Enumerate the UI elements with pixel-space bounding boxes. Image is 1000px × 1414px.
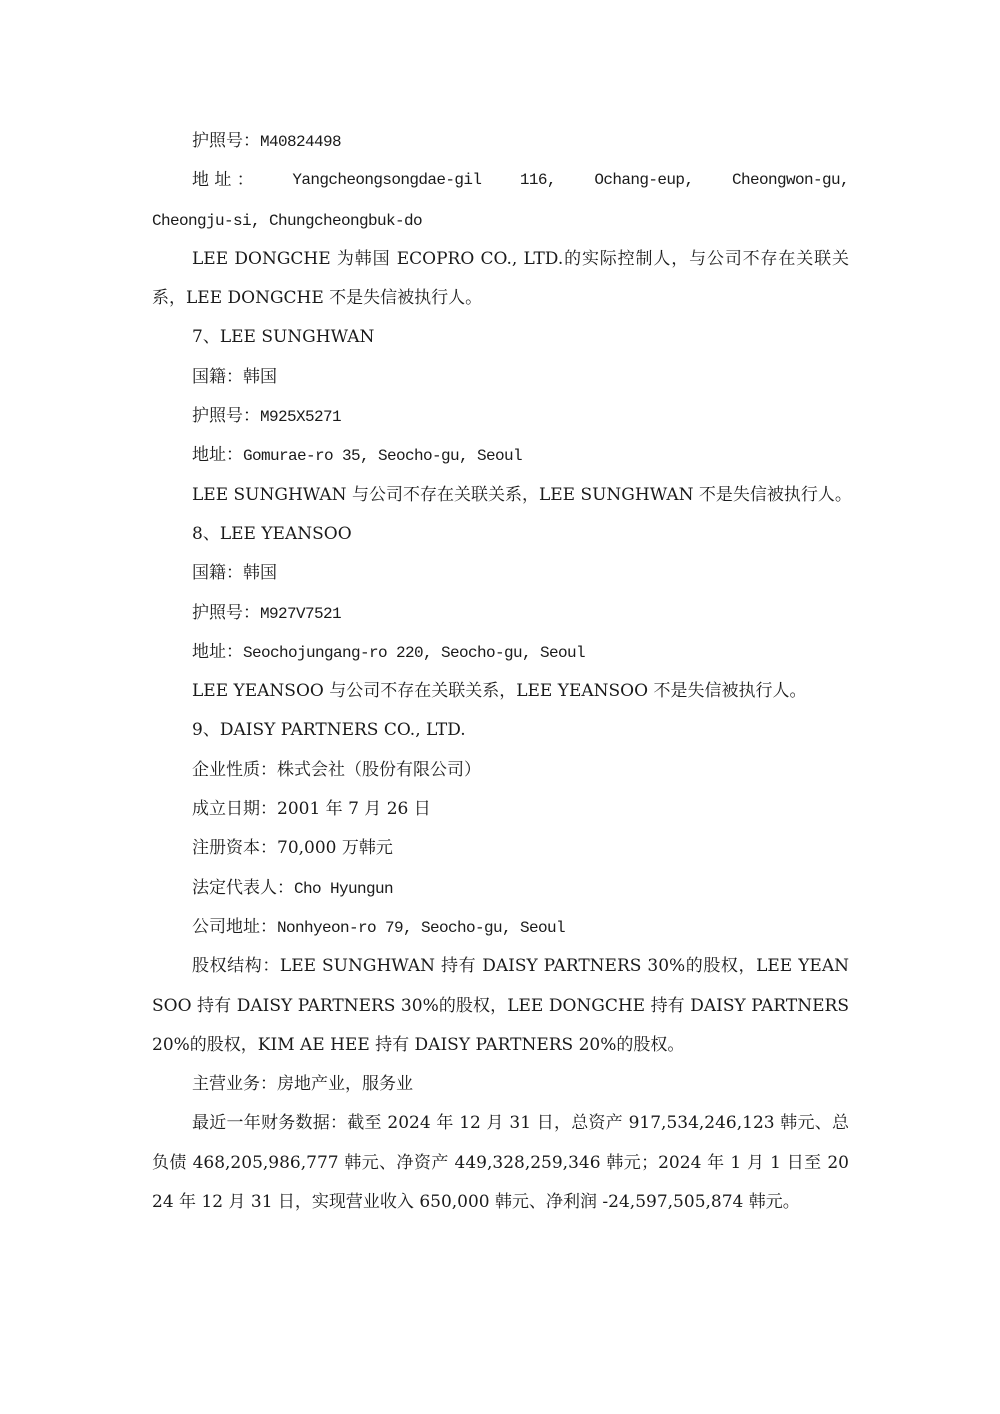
entry-heading: 8、LEE YEANSOO <box>152 515 849 554</box>
passport-line: 护照号：M927V7521 <box>152 594 849 633</box>
founded-date-line: 成立日期：2001 年 7 月 26 日 <box>152 790 849 829</box>
company-address-line: 公司地址：Nonhyeon-ro 79, Seocho-gu, Seoul <box>152 908 849 947</box>
document-page: 护照号：M40824498 地 址 ： Yangcheongsongdae-gi… <box>152 122 849 1222</box>
address-line: 地址：Gomurae-ro 35, Seocho-gu, Seoul <box>152 436 849 475</box>
address-part: 116, <box>520 161 556 200</box>
equity-structure: 股权结构：LEE SUNGHWAN 持有 DAISY PARTNERS 30%的… <box>152 947 849 1065</box>
relationship-statement: LEE DONGCHE 为韩国 ECOPRO CO., LTD.的实际控制人，与… <box>152 240 849 319</box>
entry-heading: 9、DAISY PARTNERS CO., LTD. <box>152 711 849 750</box>
relationship-statement: LEE YEANSOO 与公司不存在关联关系，LEE YEANSOO 不是失信被… <box>152 672 849 711</box>
nationality-line: 国籍：韩国 <box>152 554 849 593</box>
passport-label: 护照号： <box>192 131 260 151</box>
company-nature-line: 企业性质：株式会社（股份有限公司） <box>152 751 849 790</box>
address-continuation: Cheongju-si, Chungcheongbuk-do <box>152 201 849 240</box>
registered-capital-line: 注册资本：70,000 万韩元 <box>152 829 849 868</box>
passport-line: 护照号：M925X5271 <box>152 397 849 436</box>
address-line: 地址：Seochojungang-ro 220, Seocho-gu, Seou… <box>152 633 849 672</box>
address-part: Yangcheongsongdae-gil <box>292 161 481 200</box>
address-line: 地 址 ： Yangcheongsongdae-gil 116, Ochang-… <box>152 161 849 200</box>
address-part: Cheongwon-gu, <box>732 161 849 200</box>
relationship-statement: LEE SUNGHWAN 与公司不存在关联关系，LEE SUNGHWAN 不是失… <box>152 476 849 515</box>
passport-line: 护照号：M40824498 <box>152 122 849 161</box>
nationality-line: 国籍：韩国 <box>152 358 849 397</box>
financial-data: 最近一年财务数据：截至 2024 年 12 月 31 日，总资产 917,534… <box>152 1104 849 1222</box>
passport-number: M40824498 <box>260 133 341 151</box>
main-business-line: 主营业务：房地产业，服务业 <box>152 1065 849 1104</box>
address-part: Ochang-eup, <box>594 161 693 200</box>
address-label: 地 址 ： <box>192 161 254 200</box>
legal-representative-line: 法定代表人：Cho Hyungun <box>152 869 849 908</box>
entry-heading: 7、LEE SUNGHWAN <box>152 318 849 357</box>
